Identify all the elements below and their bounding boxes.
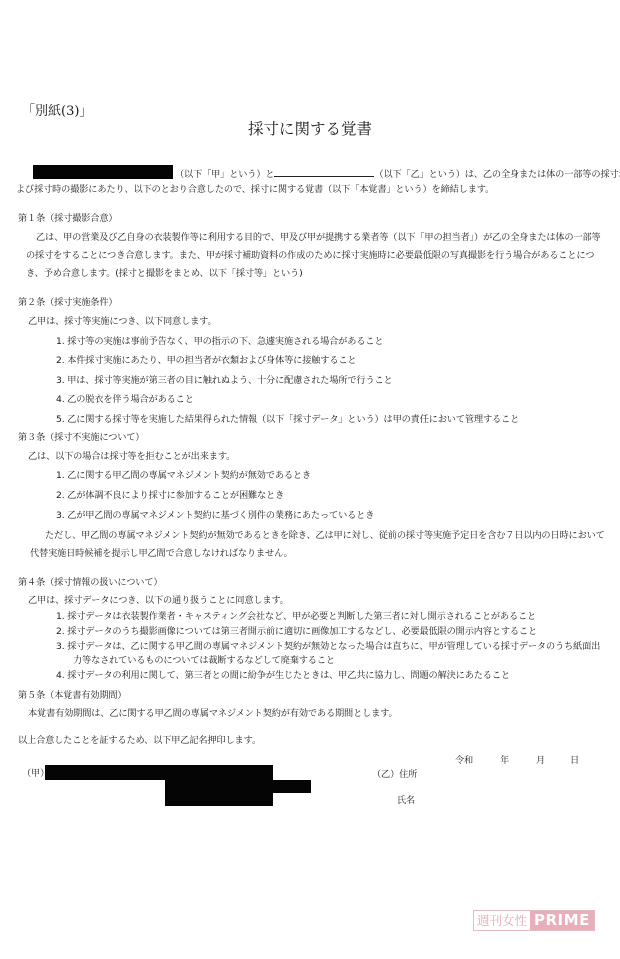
date-era: 令和 (455, 755, 473, 767)
document-title: 採寸に関する覚書 (0, 117, 620, 139)
article-3-proviso-line: ただし、甲乙間の専属マネジメント契約が無効であるときを除き、乙は甲に対し、従前の… (45, 530, 605, 542)
article-4-item: 2. 採寸データのうち撮影画像については第三者開示前に適切に画像加工するなどし、… (56, 626, 537, 638)
article-1-body-line: の採寸をすることにつき合意します。また、甲が採寸補助資料の作成のために採寸実施時… (26, 250, 594, 262)
article-3-item: 2. 乙が体調不良により採寸に参加することが困難なとき (56, 490, 284, 502)
redaction-box-party-a-company (165, 780, 311, 793)
article-3-item: 1. 乙に関する甲乙間の専属マネジメント契約が無効であるとき (56, 470, 311, 482)
article-2-heading: 第２条（採寸実施条件） (18, 297, 117, 309)
article-3-intro: 乙は、以下の場合は採寸等を拒むことが出来ます。 (28, 451, 235, 463)
article-2-item: 3. 甲は、採寸等実施が第三者の目に触れぬよう、十分に配慮された場所で行うこと (56, 375, 393, 387)
article-2-item: 2. 本件採寸実施にあたり、甲の担当者が衣類および身体等に接触すること (56, 355, 356, 367)
article-1-heading: 第１条（採寸撮影合意） (18, 213, 117, 225)
article-4-item: 4. 採寸データの利用に関して、第三者との間に紛争が生じたときは、甲乙共に協力し… (56, 670, 510, 682)
article-3-item: 3. 乙が甲乙間の専属マネジメント契約に基づく別件の業務にあたっているとき (56, 510, 374, 522)
article-2-item: 5. 乙に関する採寸等を実施した結果得られた情報（以下「採寸データ」という）は甲… (56, 414, 519, 426)
preamble-text-b: （以下「乙」という）は、乙の全身または体の一部等の採寸お (374, 169, 620, 180)
date-day: 日 (570, 755, 579, 767)
article-2-item: 1. 採寸等の実施は事前予告なく、甲の指示の下、急遽実施される場合があること (56, 336, 383, 348)
article-4-item: 3. 採寸データは、乙に関する甲乙間の専属マネジメント契約が無効となった場合は直… (56, 641, 600, 653)
date-month: 月 (536, 755, 545, 767)
party-b-blank (274, 167, 374, 177)
date-year: 年 (500, 755, 509, 767)
watermark-en: PRIME (530, 911, 594, 930)
article-5-body: 本覚書有効期間は、乙に関する甲乙間の専属マネジメント契約が有効である期間とします… (28, 708, 398, 720)
article-4-heading: 第４条（採寸情報の扱いについて） (18, 577, 162, 589)
closing-statement: 以上合意したことを証するため、以下甲乙記名押印します。 (18, 735, 261, 747)
watermark-jp: 週刊女性 (474, 911, 530, 930)
article-4-item-continued: 力等なされているものについては裁断するなどして廃棄すること (73, 655, 335, 667)
party-b-address-label: （乙）住所 (372, 769, 417, 781)
article-4-item: 1. 採寸データは衣装製作業者・キャスティング会社など、甲が必要と判断した第三者… (56, 611, 536, 623)
redaction-box-party-a (33, 165, 173, 179)
article-2-intro: 乙甲は、採寸等実施につき、以下同意します。 (28, 316, 217, 328)
article-1-body-line: 乙は、甲の営業及び乙自身の衣装製作等に利用する目的で、甲及び甲が提携する業者等（… (36, 232, 601, 244)
preamble-line-2: よび採寸時の撮影にあたり、以下のとおり合意したので、採寸に関する覚書（以下「本覚… (16, 184, 494, 196)
article-5-heading: 第５条（本覚書有効期間） (18, 690, 126, 702)
article-3-heading: 第３条（採寸不実施について） (18, 432, 144, 444)
article-4-intro: 乙甲は、採寸データにつき、以下の通り扱うことに同意します。 (28, 595, 289, 607)
preamble-text-a: （以下「甲」という）と (175, 169, 274, 180)
party-b-name-label: 氏名 (397, 795, 415, 807)
redaction-box-party-a-representative (165, 793, 273, 806)
preamble-line-1: （以下「甲」という）と（以下「乙」という）は、乙の全身または体の一部等の採寸お (175, 167, 620, 181)
article-3-proviso-line: 代替実施日時候補を提示し甲乙間で合意しなければなりません。 (30, 548, 293, 560)
article-2-item: 4. 乙の脱衣を伴う場合があること (56, 394, 194, 406)
article-1-body-line: き、予め合意します。(採寸と撮影をまとめ、以下「採寸等」という) (26, 268, 303, 280)
publisher-watermark: 週刊女性 PRIME (473, 910, 595, 931)
redaction-box-party-a-address (45, 765, 273, 780)
